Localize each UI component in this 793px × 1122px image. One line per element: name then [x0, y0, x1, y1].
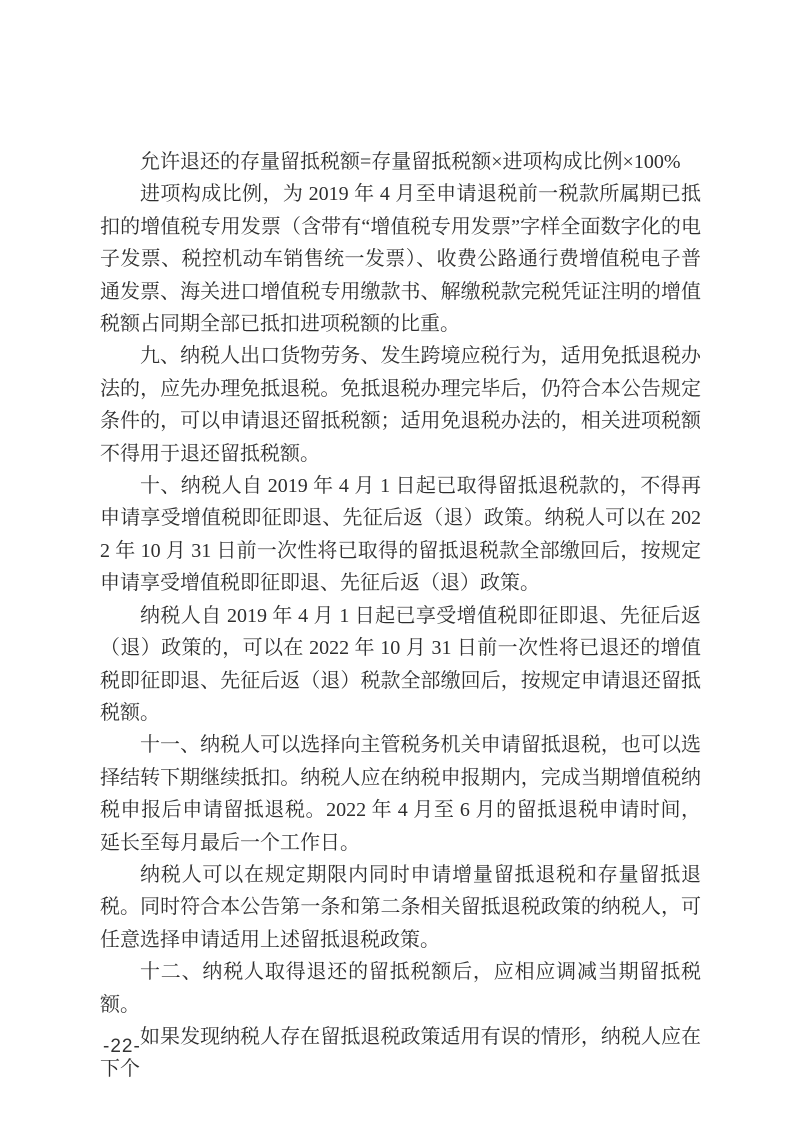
- paragraph: 纳税人自 2019 年 4 月 1 日起已享受增值税即征即退、先征后返（退）政策…: [100, 600, 701, 730]
- paragraph-item-12: 十二、纳税人取得退还的留抵税额后，应相应调减当期留抵税额。: [100, 956, 701, 1021]
- document-body: 允许退还的存量留抵税额=存量留抵税额×进项构成比例×100% 进项构成比例，为 …: [100, 146, 701, 1086]
- paragraph: 如果发现纳税人存在留抵退税政策适用有误的情形，纳税人应在下个: [100, 1021, 701, 1086]
- paragraph-item-9: 九、纳税人出口货物劳务、发生跨境应税行为，适用免抵退税办法的，应先办理免抵退税。…: [100, 340, 701, 470]
- paragraph-item-11: 十一、纳税人可以选择向主管税务机关申请留抵退税，也可以选择结转下期继续抵扣。纳税…: [100, 729, 701, 859]
- paragraph: 纳税人可以在规定期限内同时申请增量留抵退税和存量留抵退税。同时符合本公告第一条和…: [100, 859, 701, 956]
- paragraph: 进项构成比例，为 2019 年 4 月至申请退税前一税款所属期已抵扣的增值税专用…: [100, 178, 701, 340]
- paragraph-item-10: 十、纳税人自 2019 年 4 月 1 日起已取得留抵退税款的，不得再申请享受增…: [100, 470, 701, 600]
- document-page: 允许退还的存量留抵税额=存量留抵税额×进项构成比例×100% 进项构成比例，为 …: [0, 0, 793, 1122]
- formula-line: 允许退还的存量留抵税额=存量留抵税额×进项构成比例×100%: [100, 146, 701, 178]
- page-number: -22-: [103, 1036, 141, 1058]
